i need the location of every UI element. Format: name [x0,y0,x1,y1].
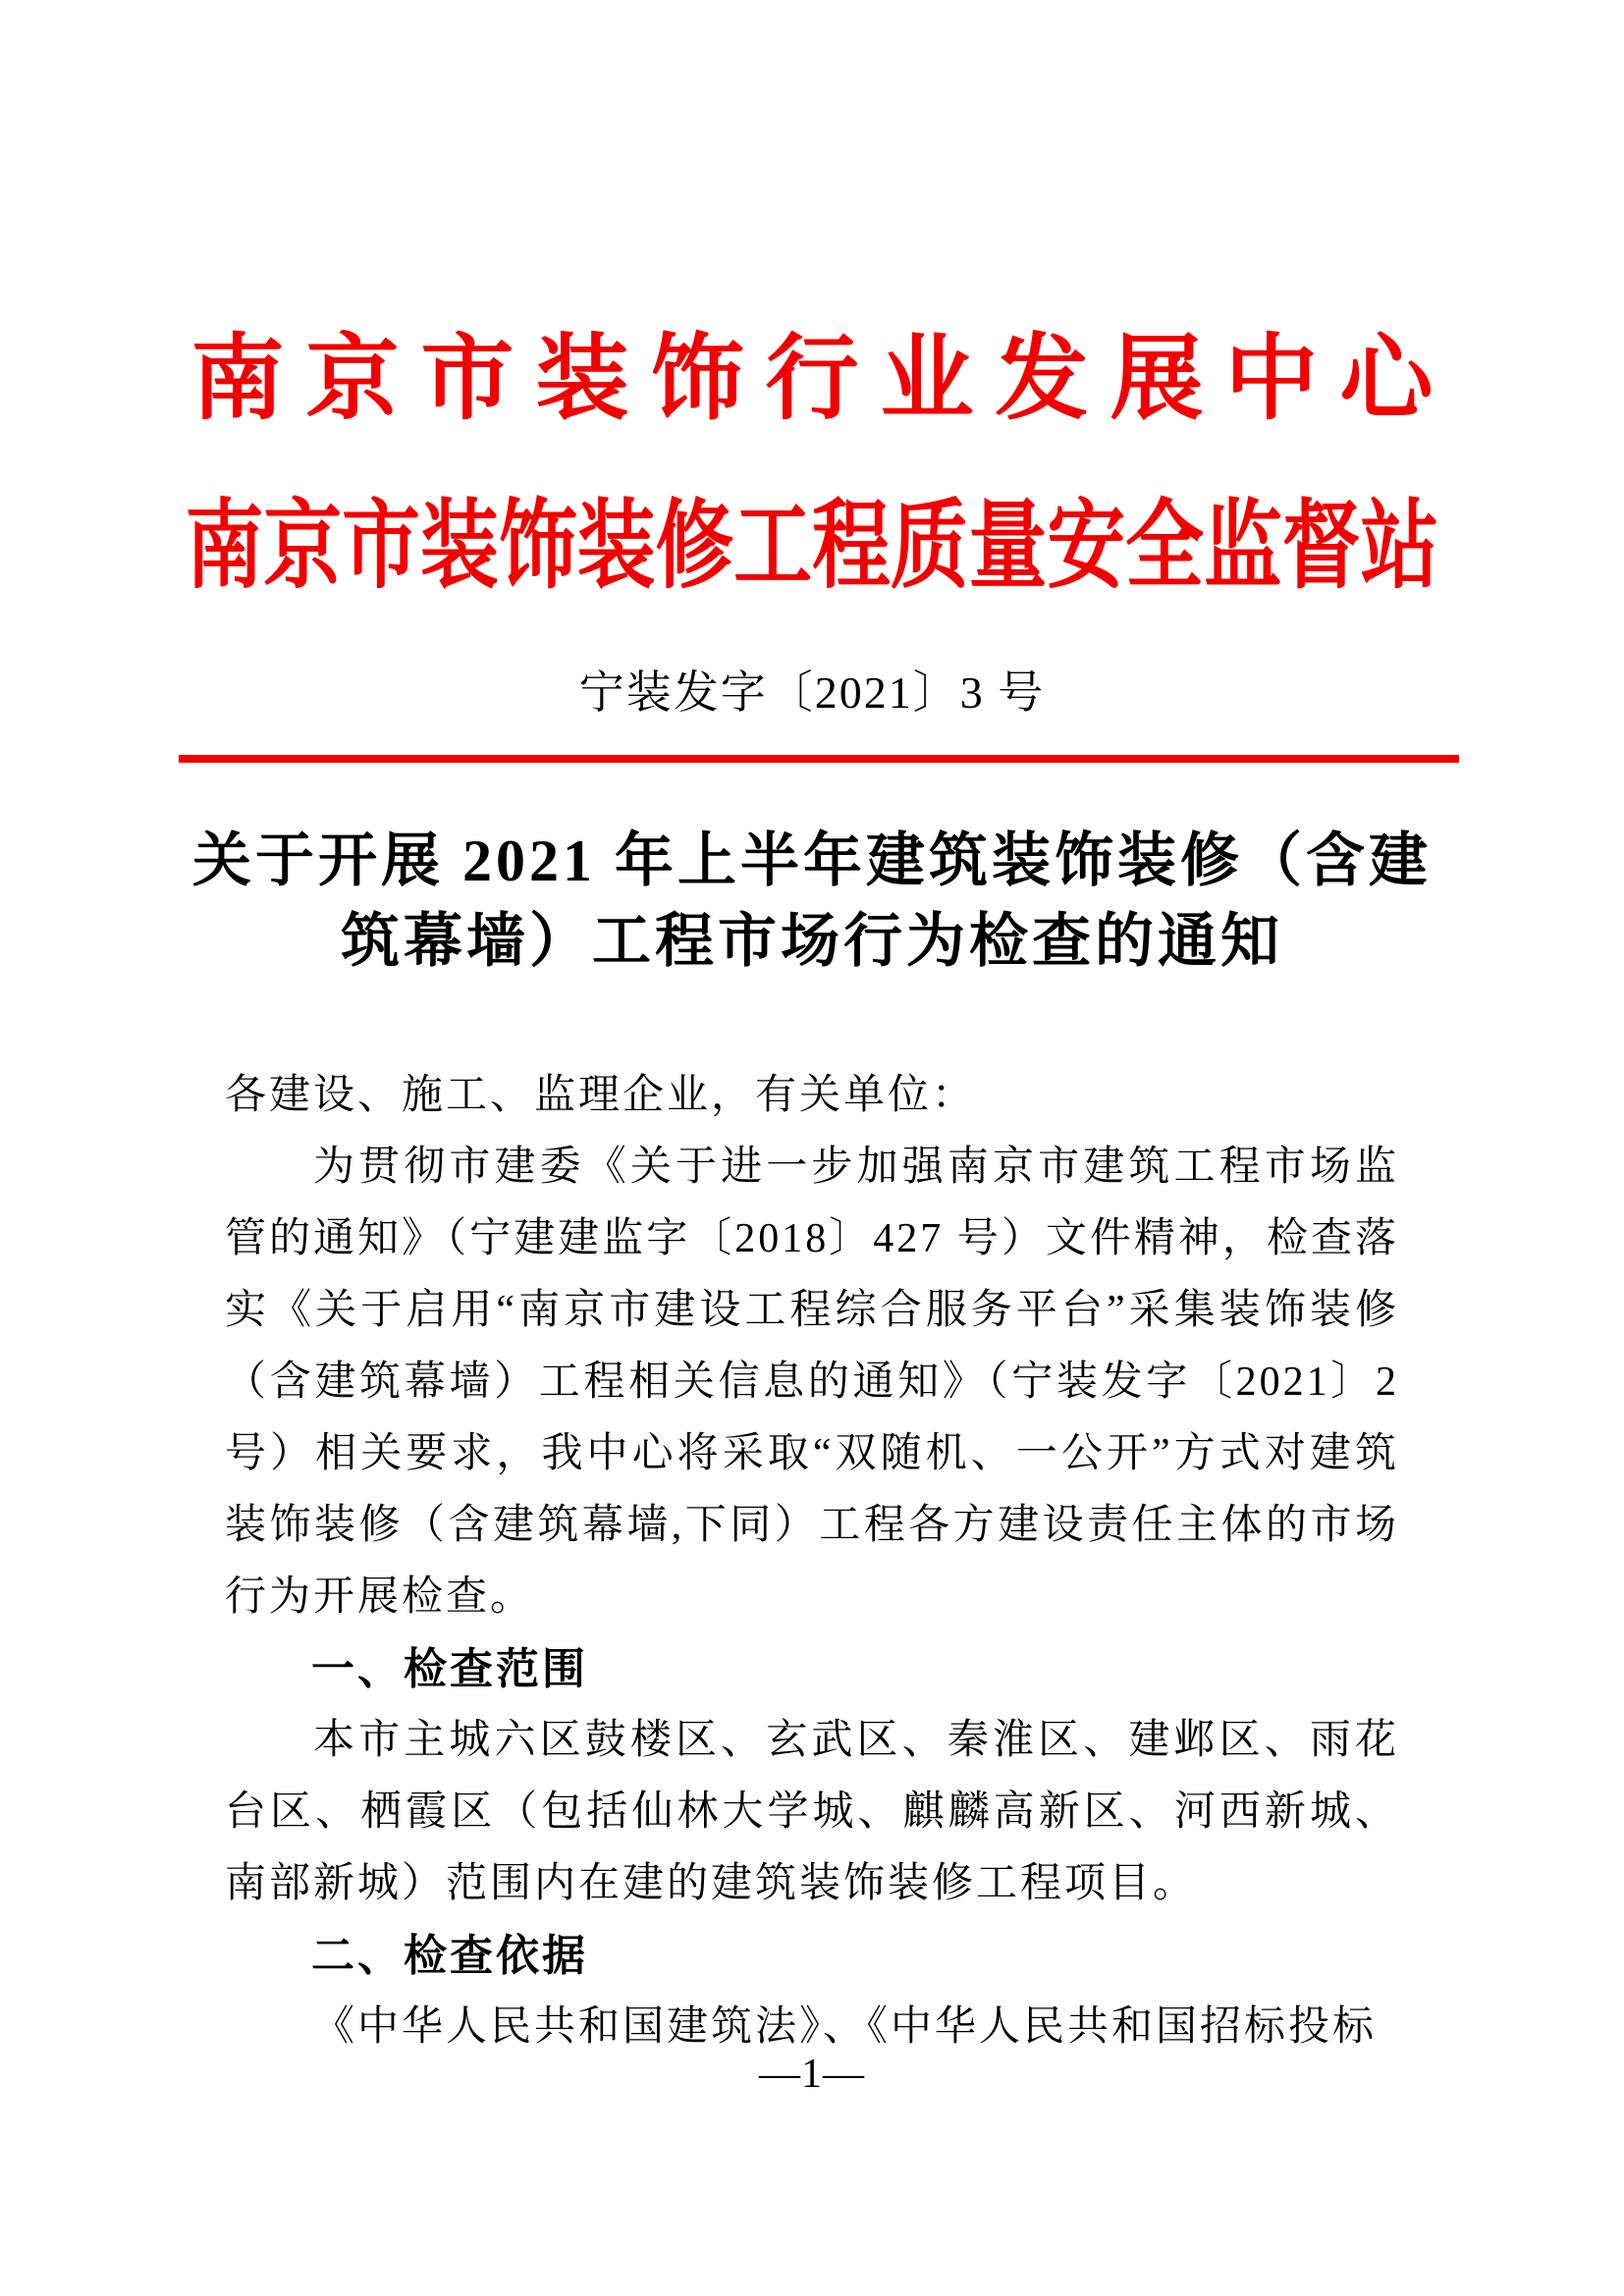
document-title-line-2: 筑幕墙）工程市场行为检查的通知 [0,901,1624,982]
document-body: 各建设、施工、监理企业，有关单位： 为贯彻市建委《关于进一步加强南京市建筑工程市… [225,1060,1399,2063]
red-divider-line [179,755,1459,763]
body-paragraph-2: 本市主城六区鼓楼区、玄武区、秦淮区、建邺区、雨花台区、栖霞区（包括仙林大学城、麒… [225,1705,1399,1920]
letterhead-org-name-line-1: 南京市装饰行业发展中心 [0,321,1624,437]
section-heading-2: 二、检查依据 [225,1920,1399,1992]
document-title-line-1: 关于开展 2021 年上半年建筑装饰装修（含建 [0,821,1624,901]
salutation: 各建设、施工、监理企业，有关单位： [225,1060,1399,1132]
document-page: 南京市装饰行业发展中心 南京市装饰装修工程质量安全监督站 宁装发字〔2021〕3… [0,0,1624,2296]
page-number: —1— [0,2052,1624,2097]
section-heading-1: 一、检查范围 [225,1633,1399,1705]
letterhead-org-name-line-2: 南京市装饰装修工程质量安全监督站 [40,488,1583,608]
document-title: 关于开展 2021 年上半年建筑装饰装修（含建 筑幕墙）工程市场行为检查的通知 [0,821,1624,982]
body-paragraph-1: 为贯彻市建委《关于进一步加强南京市建筑工程市场监管的通知》（宁建建监字〔2018… [225,1132,1399,1633]
document-number: 宁装发字〔2021〕3 号 [0,664,1624,722]
